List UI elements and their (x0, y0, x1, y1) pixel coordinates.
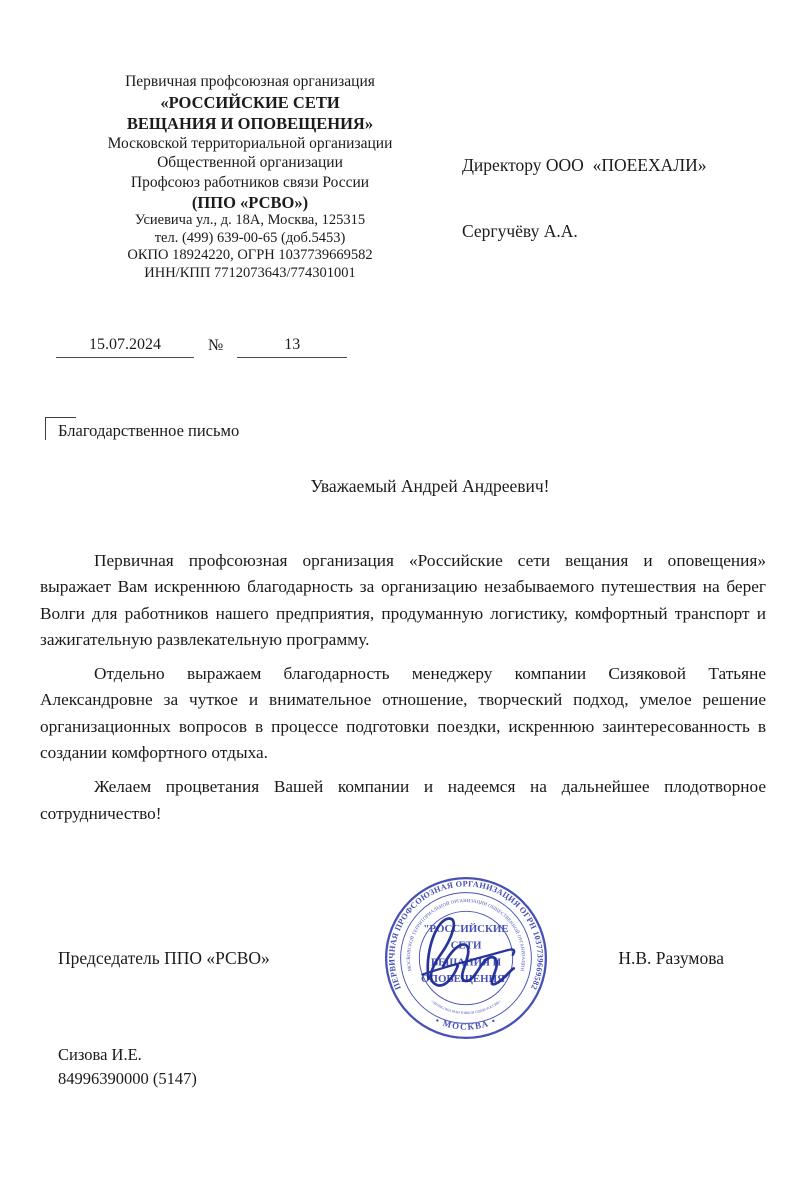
reference-row: 15.07.2024 № 13 (56, 336, 347, 358)
paragraph-2: Отдельно выражаем благодарность менеджер… (40, 661, 766, 766)
org-address: Усиевича ул., д. 18А, Москва, 125315 (40, 212, 460, 230)
org-line-3: Общественной организации (40, 153, 460, 173)
paragraph-1: Первичная профсоюзная организация «Росси… (40, 548, 766, 653)
paragraph-3: Желаем процветания Вашей компании и наде… (40, 774, 766, 827)
signer-position: Председатель ППО «РСВО» (58, 948, 270, 969)
letter-body: Первичная профсоюзная организация «Росси… (40, 548, 766, 835)
signer-name: Н.В. Разумова (618, 948, 724, 969)
org-phone: тел. (499) 639-00-65 (доб.5453) (40, 230, 460, 248)
letter-number: 13 (237, 336, 347, 358)
letter-date: 15.07.2024 (56, 336, 194, 358)
corner-mark (45, 417, 76, 440)
executor-block: Сизова И.Е. 84996390000 (5147) (58, 1043, 197, 1091)
letterhead-org-block: Первичная профсоюзная организация «РОССИ… (40, 72, 460, 213)
executor-name: Сизова И.Е. (58, 1043, 197, 1067)
org-name-line-1: «РОССИЙСКИЕ СЕТИ (40, 92, 460, 113)
stamp-middle-ring-bottom-text: • ПРОФСОЮЗ РАБОТНИКОВ СВЯЗИ РОССИИ • (430, 999, 502, 1015)
round-stamp: ПЕРВИЧНАЯ ПРОФСОЮЗНАЯ ОРГАНИЗАЦИЯ ОГРН 1… (383, 875, 549, 1041)
org-line-1: Первичная профсоюзная организация (40, 72, 460, 92)
org-line-2: Московской территориальной организации (40, 134, 460, 154)
org-line-4: Профсоюз работников связи России (40, 173, 460, 193)
recipient-block: Директору ООО «ПОЕЕХАЛИ» Сергучёву А.А. (462, 110, 782, 286)
subject-text: Благодарственное письмо (58, 421, 239, 440)
org-abbr: (ППО «РСВО») (40, 192, 460, 213)
org-inn-kpp: ИНН/КПП 7712073643/774301001 (40, 265, 460, 283)
letterhead-contacts-block: Усиевича ул., д. 18А, Москва, 125315 тел… (40, 212, 460, 282)
subject-line: Благодарственное письмо (58, 421, 239, 441)
salutation: Уважаемый Андрей Андреевич! (0, 476, 800, 497)
stamp-bottom-text: • МОСКВА • (434, 1015, 498, 1032)
executor-phone: 84996390000 (5147) (58, 1067, 197, 1091)
scanned-letter-page: Первичная профсоюзная организация «РОССИ… (0, 0, 800, 1200)
org-okpo-ogrn: ОКПО 18924220, ОГРН 1037739669582 (40, 247, 460, 265)
stamp-svg: ПЕРВИЧНАЯ ПРОФСОЮЗНАЯ ОРГАНИЗАЦИЯ ОГРН 1… (383, 875, 549, 1041)
number-sign: № (208, 337, 223, 355)
org-name-line-2: ВЕЩАНИЯ И ОПОВЕЩЕНИЯ» (40, 113, 460, 134)
recipient-line-1: Директору ООО «ПОЕЕХАЛИ» (462, 154, 782, 176)
recipient-line-2: Сергучёву А.А. (462, 220, 782, 242)
